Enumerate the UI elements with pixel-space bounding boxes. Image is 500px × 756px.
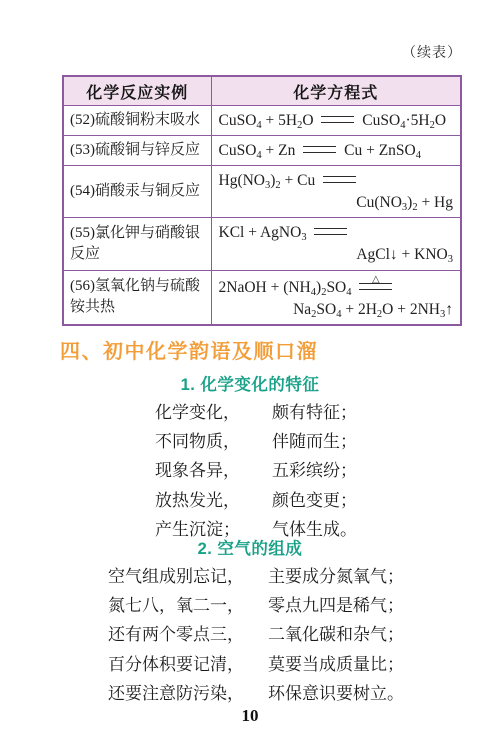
rhyme-left-phrase: 化学变化， (155, 398, 240, 423)
example-cell: (55)氯化钾与硝酸银反应 (63, 218, 211, 271)
equation-line-continued: Cu(NO3)2 + Hg (219, 192, 456, 214)
double-line-equals (303, 146, 336, 153)
rhyme-right-phrase: 二氧化碳和杂气； (268, 620, 404, 645)
rhyme-right-phrase: 颇有特征； (272, 398, 357, 423)
example-cell: (53)硫酸铜与锌反应 (63, 136, 211, 166)
rhyme-right-phrase: 莫要当成质量比； (268, 650, 404, 675)
table-row: (56)氢氧化钠与硫酸铵共热2NaOH + (NH4)2SO4 △Na2SO4 … (63, 271, 461, 325)
equation-cell: CuSO4 + Zn Cu + ZnSO4 (211, 136, 461, 166)
rhyme-line: 还有两个零点三，二氧化碳和杂气； (0, 618, 500, 647)
equation-cell: CuSO4 + 5H2O CuSO4·5H2O (211, 106, 461, 136)
subsection-title: 2. 空气的组成 (0, 535, 500, 560)
rhyme-subsection: 2. 空气的组成空气组成别忘记，主要成分氮氧气；氮七八，氧二一，零点九四是稀气；… (0, 535, 500, 706)
rhyme-line: 氮七八，氧二一，零点九四是稀气； (0, 589, 500, 618)
equation-line-continued: Na2SO4 + 2H2O + 2NH3↑ (219, 299, 456, 321)
equation-line: 2NaOH + (NH4)2SO4 △ (219, 273, 456, 299)
rhyme-right-phrase: 颜色变更； (272, 486, 357, 511)
double-line-equals: △ (359, 283, 392, 290)
rhyme-left-phrase: 放热发光， (155, 486, 240, 511)
rhyme-right-phrase: 环保意识要树立。 (268, 679, 404, 704)
table-row: (54)硝酸汞与铜反应Hg(NO3)2 + Cu Cu(NO3)2 + Hg (63, 166, 461, 218)
rhyme-line: 现象各异，五彩缤纷； (0, 454, 500, 483)
equation-cell: Hg(NO3)2 + Cu Cu(NO3)2 + Hg (211, 166, 461, 218)
equation-line: CuSO4 + 5H2O CuSO4·5H2O (219, 110, 456, 132)
subsection-title: 1. 化学变化的特征 (0, 371, 500, 396)
double-line-equals (323, 176, 356, 183)
rhyme-right-phrase: 五彩缤纷； (272, 456, 357, 481)
example-cell: (52)硫酸铜粉末吸水 (63, 106, 211, 136)
equation-line: KCl + AgNO3 (219, 222, 456, 244)
book-page: （续表） 化学反应实例 化学方程式 (52)硫酸铜粉末吸水CuSO4 + 5H2… (0, 0, 500, 756)
rhyme-right-phrase: 主要成分氮氧气； (268, 562, 404, 587)
section-title: 四、初中化学韵语及顺口溜 (60, 335, 318, 364)
rhyme-left-phrase: 空气组成别忘记， (108, 562, 244, 587)
rhyme-line: 百分体积要记清，莫要当成质量比； (0, 648, 500, 677)
double-line-equals (314, 228, 347, 235)
rhyme-left-phrase: 氮七八，氧二一， (108, 591, 244, 616)
example-cell: (54)硝酸汞与铜反应 (63, 166, 211, 218)
rhyme-left-phrase: 现象各异， (155, 456, 240, 481)
rhyme-subsection: 1. 化学变化的特征化学变化，颇有特征；不同物质，伴随而生；现象各异，五彩缤纷；… (0, 371, 500, 542)
equation-cell: KCl + AgNO3 AgCl↓ + KNO3 (211, 218, 461, 271)
heat-condition-symbol: △ (372, 269, 380, 291)
header-equation-column: 化学方程式 (211, 76, 461, 106)
example-cell: (56)氢氧化钠与硫酸铵共热 (63, 271, 211, 325)
rhyme-line: 放热发光，颜色变更； (0, 484, 500, 513)
page-number: 10 (0, 706, 500, 726)
table-row: (53)硫酸铜与锌反应CuSO4 + Zn Cu + ZnSO4 (63, 136, 461, 166)
equation-line-continued: AgCl↓ + KNO3 (219, 244, 456, 266)
rhyme-right-phrase: 伴随而生； (272, 427, 357, 452)
rhyme-line: 还要注意防污染，环保意识要树立。 (0, 677, 500, 706)
table-row: (52)硫酸铜粉末吸水CuSO4 + 5H2O CuSO4·5H2O (63, 106, 461, 136)
rhyme-line: 空气组成别忘记，主要成分氮氧气； (0, 560, 500, 589)
equation-cell: 2NaOH + (NH4)2SO4 △Na2SO4 + 2H2O + 2NH3↑ (211, 271, 461, 325)
rhyme-left-phrase: 还要注意防污染， (108, 679, 244, 704)
rhyme-line: 化学变化，颇有特征； (0, 396, 500, 425)
equation-line: CuSO4 + Zn Cu + ZnSO4 (219, 140, 456, 162)
double-line-equals (321, 116, 354, 123)
equation-line: Hg(NO3)2 + Cu (219, 170, 456, 192)
continued-table-label: （续表） (402, 42, 462, 62)
rhyme-right-phrase: 零点九四是稀气； (268, 591, 404, 616)
table-header-row: 化学反应实例 化学方程式 (63, 76, 461, 106)
rhyme-line: 不同物质，伴随而生； (0, 425, 500, 454)
rhyme-left-phrase: 不同物质， (155, 427, 240, 452)
rhyme-left-phrase: 还有两个零点三， (108, 620, 244, 645)
reactions-table: 化学反应实例 化学方程式 (52)硫酸铜粉末吸水CuSO4 + 5H2O CuS… (62, 75, 462, 326)
rhyme-left-phrase: 百分体积要记清， (108, 650, 244, 675)
table-row: (55)氯化钾与硝酸银反应KCl + AgNO3 AgCl↓ + KNO3 (63, 218, 461, 271)
header-example-column: 化学反应实例 (63, 76, 211, 106)
